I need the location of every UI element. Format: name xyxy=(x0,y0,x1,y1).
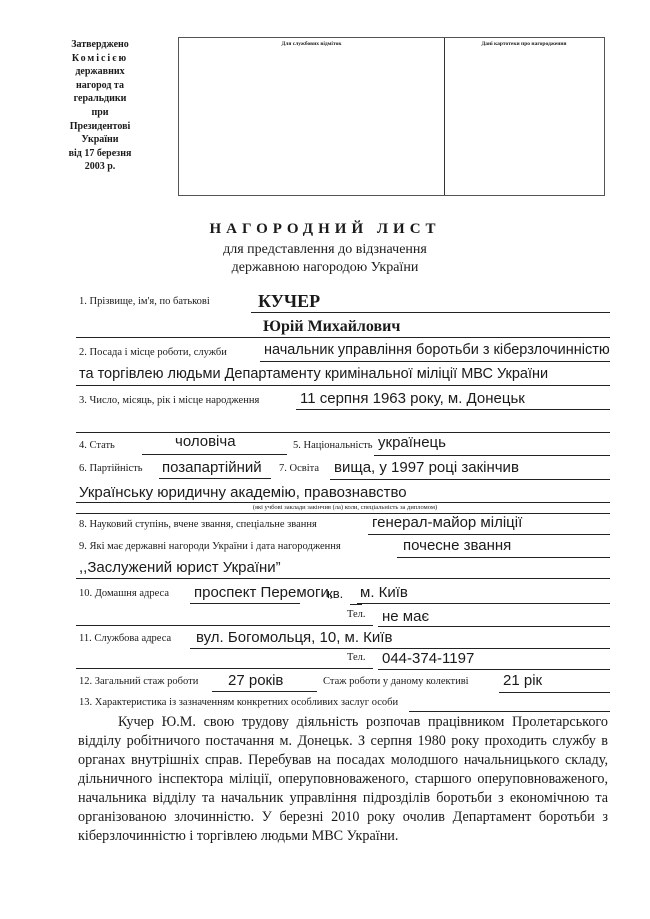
underline xyxy=(190,603,300,604)
underline xyxy=(499,692,610,693)
approval-line: при xyxy=(58,106,142,120)
education-value: вища, у 1997 році закінчив xyxy=(334,459,519,476)
approval-line: 2003 р. xyxy=(58,160,142,174)
approval-line: Президентові xyxy=(58,120,142,134)
work-phone-label: Тел. xyxy=(347,652,366,663)
underline xyxy=(260,361,610,362)
work-address-value: вул. Богомольця, 10, м. Київ xyxy=(196,629,392,646)
approval-line: нагород та xyxy=(58,79,142,93)
home-city-value: м. Київ xyxy=(360,584,408,601)
field-6-label: 6. Партійність xyxy=(79,463,143,474)
underline xyxy=(76,578,610,579)
education-value-cont: Українську юридичну академію, правознавс… xyxy=(79,484,407,501)
nationality-value: українець xyxy=(378,434,446,451)
home-phone-label: Тел. xyxy=(347,609,366,620)
awards-value: почесне звання xyxy=(403,537,511,554)
underline xyxy=(76,385,610,386)
field-1-label: 1. Прізвище, ім'я, по батькові xyxy=(79,296,210,307)
underline xyxy=(330,479,610,480)
underline xyxy=(397,557,610,558)
underline xyxy=(76,502,610,503)
birth-value: 11 серпня 1963 року, м. Донецьк xyxy=(300,390,525,407)
position-value-cont: та торгівлею людьми Департаменту криміна… xyxy=(79,366,548,382)
underline xyxy=(296,409,610,410)
party-value: позапартійний xyxy=(162,459,262,476)
approval-line: Комісією xyxy=(58,52,142,66)
underline xyxy=(212,691,317,692)
approval-line: Затверджено xyxy=(58,38,142,52)
underline xyxy=(409,711,610,712)
team-experience-value: 21 рік xyxy=(503,672,542,689)
field-12-label: 12. Загальний стаж роботи xyxy=(79,676,198,687)
box-divider xyxy=(444,38,445,195)
education-hint: (які учбові заклади закінчив (ла) коли, … xyxy=(0,504,650,511)
field-7-label: 7. Освіта xyxy=(279,463,319,474)
field-2-label: 2. Посада і місце роботи, служби xyxy=(79,347,227,358)
given-name-value: Юрій Михайлович xyxy=(263,318,400,336)
underline xyxy=(76,432,610,433)
work-phone-value: 044-374-1197 xyxy=(382,650,474,667)
underline xyxy=(368,534,610,535)
underline xyxy=(378,669,610,670)
field-10-label: 10. Домашня адреса xyxy=(79,588,169,599)
office-marks-label: Для службових відміток xyxy=(179,41,444,47)
underline xyxy=(350,604,362,605)
team-experience-label: Стаж роботи у даному колективі xyxy=(323,676,469,687)
field-5-label: 5. Національність xyxy=(293,440,373,451)
characteristic-body: Кучер Ю.М. свою трудову діяльність розпо… xyxy=(78,714,608,844)
sex-value: чоловіча xyxy=(175,433,236,450)
surname-value: КУЧЕР xyxy=(258,291,320,312)
home-phone-value: не має xyxy=(382,608,429,625)
underline xyxy=(357,603,610,604)
document-title: НАГОРОДНИЙ ЛИСТ xyxy=(0,221,650,238)
approval-line: України xyxy=(58,133,142,147)
field-8-label: 8. Науковий ступінь, вчене звання, спеці… xyxy=(79,519,317,530)
underline xyxy=(76,513,610,514)
position-value: начальник управління боротьби з кіберзло… xyxy=(264,342,610,358)
underline xyxy=(76,668,373,669)
field-4-label: 4. Стать xyxy=(79,440,115,451)
underline xyxy=(251,312,610,313)
document-subtitle: для представлення до відзначення xyxy=(0,242,650,258)
approval-line: геральдики xyxy=(58,92,142,106)
apartment-label: кв. xyxy=(327,586,343,601)
underline xyxy=(378,626,610,627)
underline xyxy=(76,337,610,338)
home-street-value: проспект Перемоги, xyxy=(194,584,333,601)
office-marks-boxes: Для службових відміток Дані картотеки пр… xyxy=(178,37,605,196)
approval-line: державних xyxy=(58,65,142,79)
total-experience-value: 27 років xyxy=(228,672,283,689)
approval-line: від 17 березня xyxy=(58,147,142,161)
field-13-label: 13. Характеристика із зазначенням конкре… xyxy=(79,697,398,708)
approval-note: Затверджено Комісією державних нагород т… xyxy=(58,38,142,174)
underline xyxy=(159,478,271,479)
underline xyxy=(142,454,287,455)
underline xyxy=(76,625,373,626)
rank-value: генерал-майор міліції xyxy=(372,514,522,531)
characteristic-text: Кучер Ю.М. свою трудову діяльність розпо… xyxy=(78,713,608,846)
field-3-label: 3. Число, місяць, рік і місце народження xyxy=(79,395,259,406)
field-9-label: 9. Які має державні нагороди України і д… xyxy=(79,541,341,552)
underline xyxy=(374,455,610,456)
award-records-label: Дані картотеки про нагородження xyxy=(444,41,604,47)
underline xyxy=(190,648,610,649)
awards-value-cont: ,,Заслужений юрист України” xyxy=(79,559,281,576)
document-subtitle: державною нагородою України xyxy=(0,260,650,276)
field-11-label: 11. Службова адреса xyxy=(79,633,171,644)
